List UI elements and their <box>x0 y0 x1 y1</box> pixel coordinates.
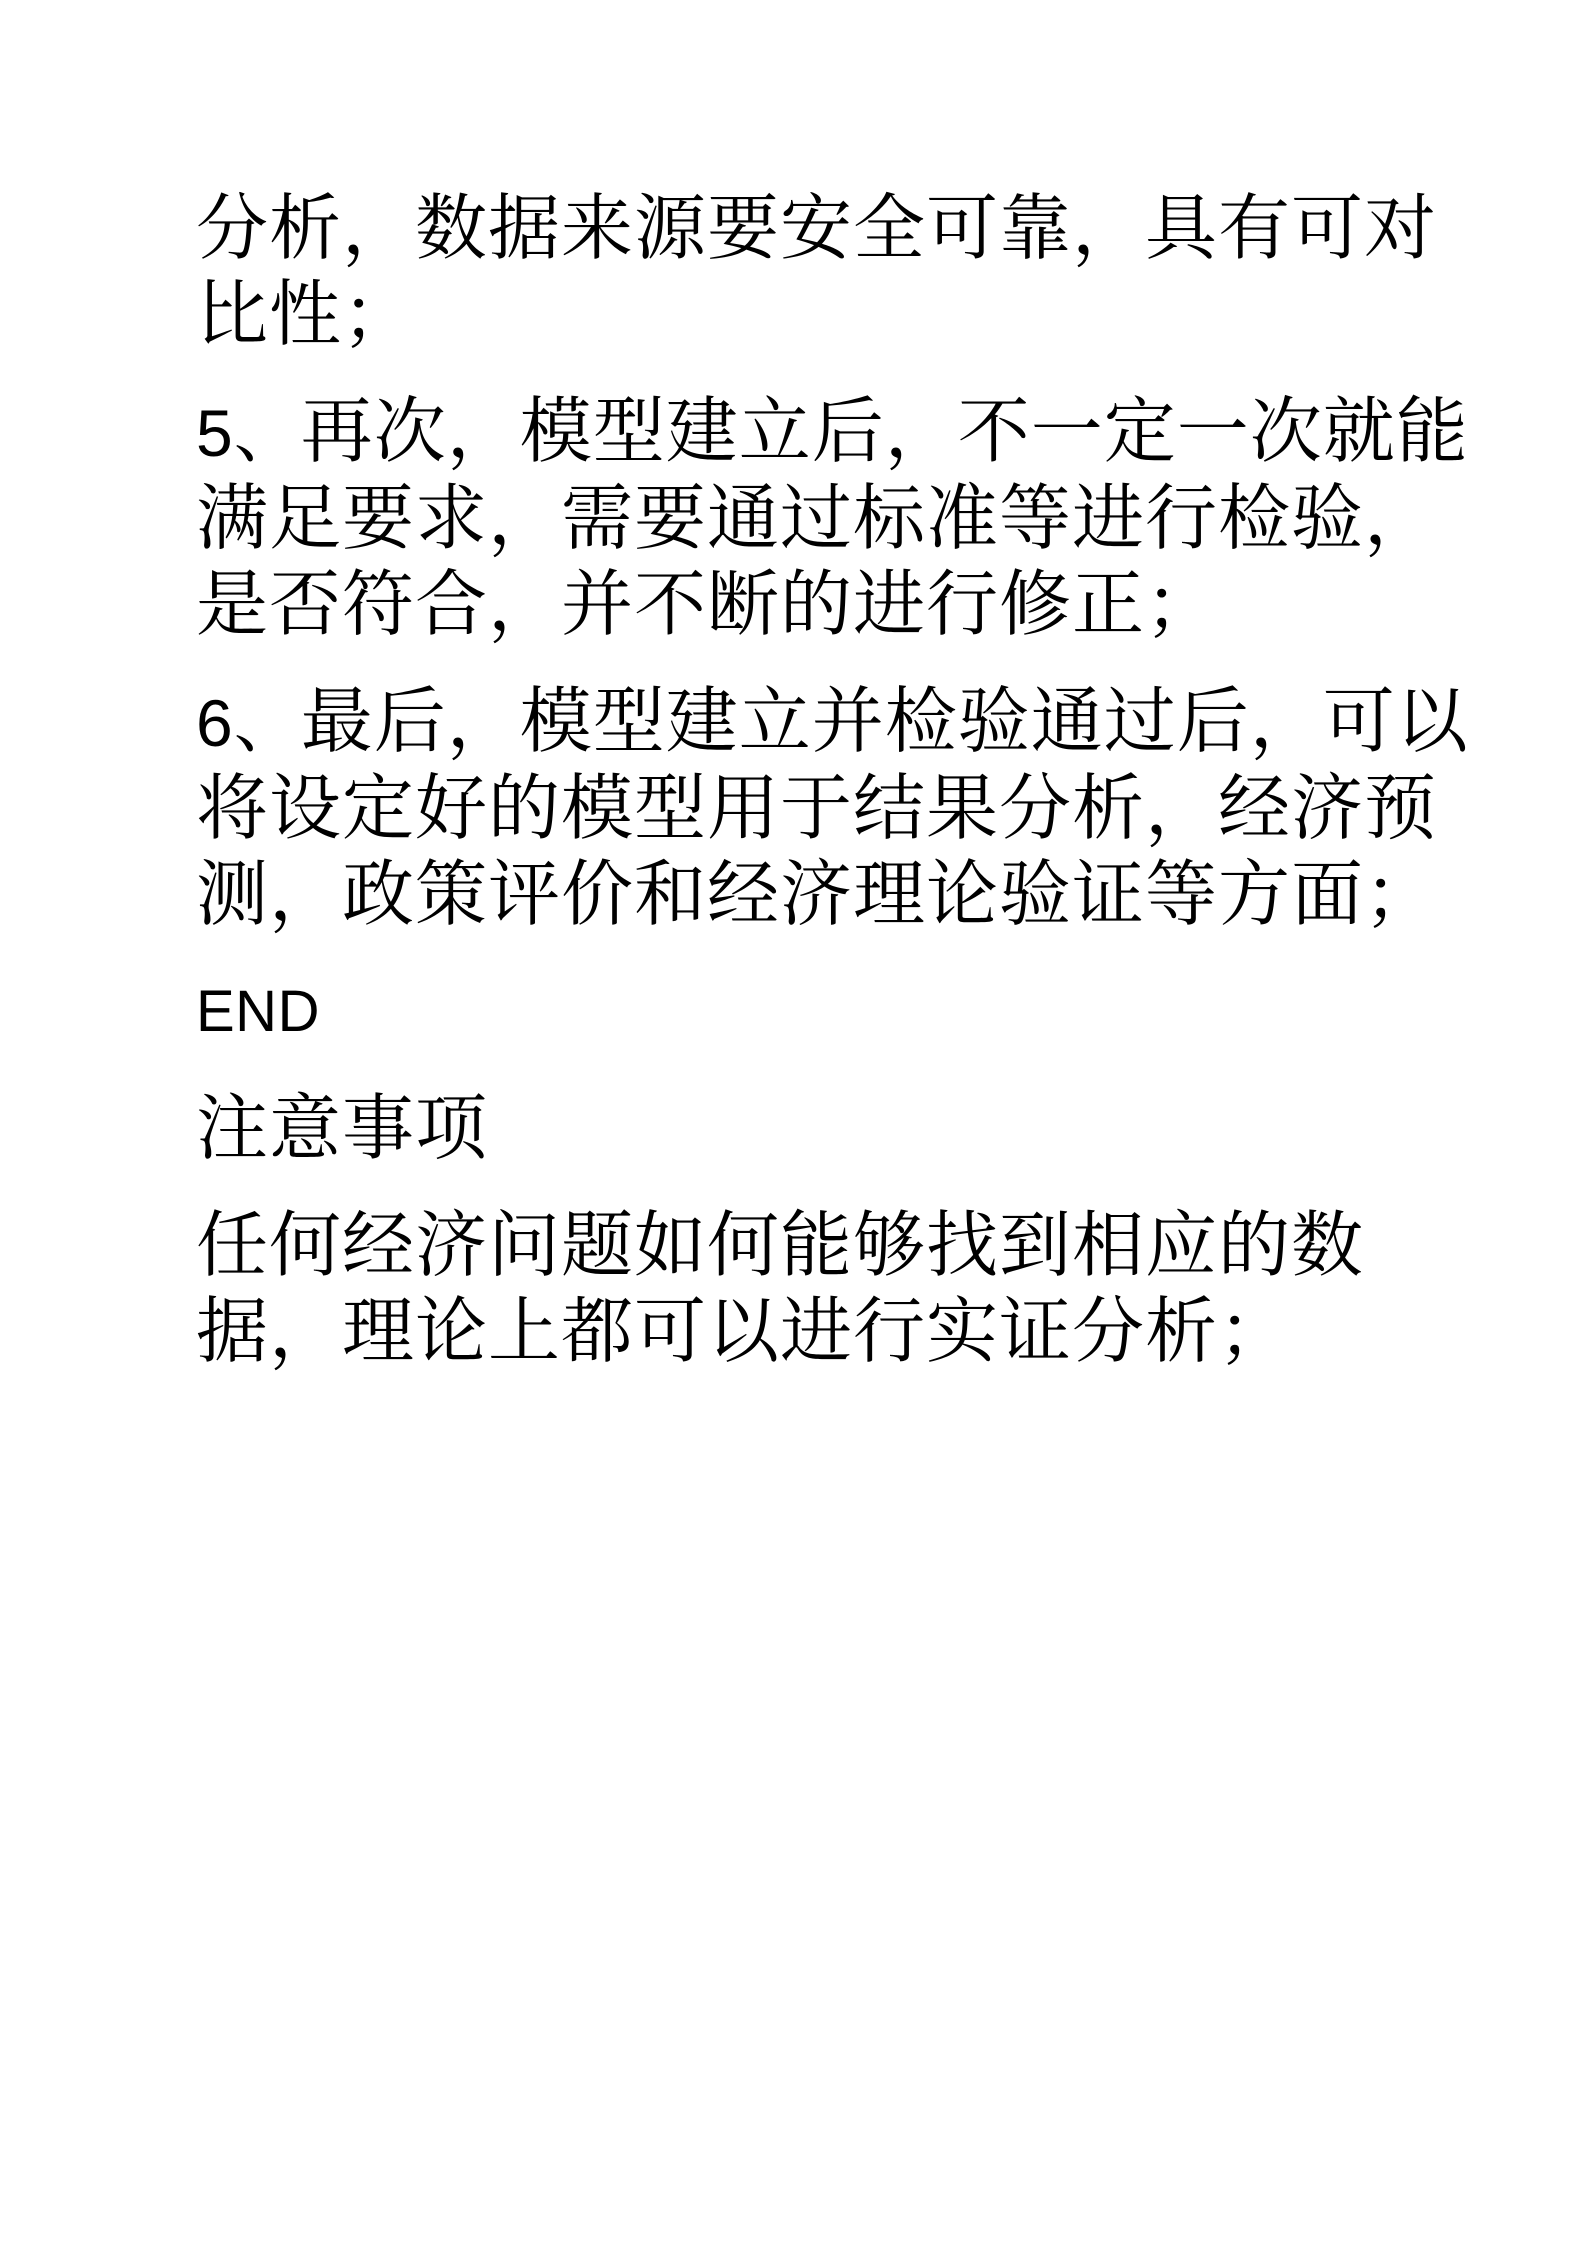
paragraph-line: 是否符合，并不断的进行修正； <box>196 562 1467 648</box>
paragraph: 5、再次，模型建立后，不一定一次就能满足要求，需要通过标准等进行检验，是否符合，… <box>196 389 1467 648</box>
paragraph: 6、最后，模型建立并检验通过后，可以将设定好的模型用于结果分析，经济预测，政策评… <box>196 679 1467 938</box>
end-marker-paragraph: END <box>196 969 1467 1055</box>
document-page: 分析，数据来源要安全可靠，具有可对比性；5、再次，模型建立后，不一定一次就能满足… <box>0 0 1587 2245</box>
paragraph: 分析，数据来源要安全可靠，具有可对比性； <box>196 186 1467 358</box>
paragraph-line: END <box>196 969 1467 1055</box>
paragraph-line: 据，理论上都可以进行实证分析； <box>196 1289 1467 1375</box>
paragraph-line: 5、再次，模型建立后，不一定一次就能 <box>196 389 1467 476</box>
line-text: 最后，模型建立并检验通过后，可以 <box>301 682 1469 762</box>
paragraph-line: 将设定好的模型用于结果分析，经济预 <box>196 766 1467 852</box>
paragraph-line: 满足要求，需要通过标准等进行检验， <box>196 476 1467 562</box>
paragraph-line: 比性； <box>196 272 1467 358</box>
list-number: 5、 <box>196 396 301 470</box>
paragraph: 注意事项 <box>196 1086 1467 1172</box>
paragraph: 任何经济问题如何能够找到相应的数据，理论上都可以进行实证分析； <box>196 1203 1467 1375</box>
paragraph-line: 测，政策评价和经济理论验证等方面； <box>196 852 1467 938</box>
list-number: 6、 <box>196 686 301 760</box>
document-body: 分析，数据来源要安全可靠，具有可对比性；5、再次，模型建立后，不一定一次就能满足… <box>196 186 1467 1375</box>
paragraph-line: 6、最后，模型建立并检验通过后，可以 <box>196 679 1467 766</box>
paragraph-line: 注意事项 <box>196 1086 1467 1172</box>
paragraph-line: 分析，数据来源要安全可靠，具有可对 <box>196 186 1467 272</box>
paragraph-line: 任何经济问题如何能够找到相应的数 <box>196 1203 1467 1289</box>
line-text: 再次，模型建立后，不一定一次就能 <box>301 392 1469 472</box>
